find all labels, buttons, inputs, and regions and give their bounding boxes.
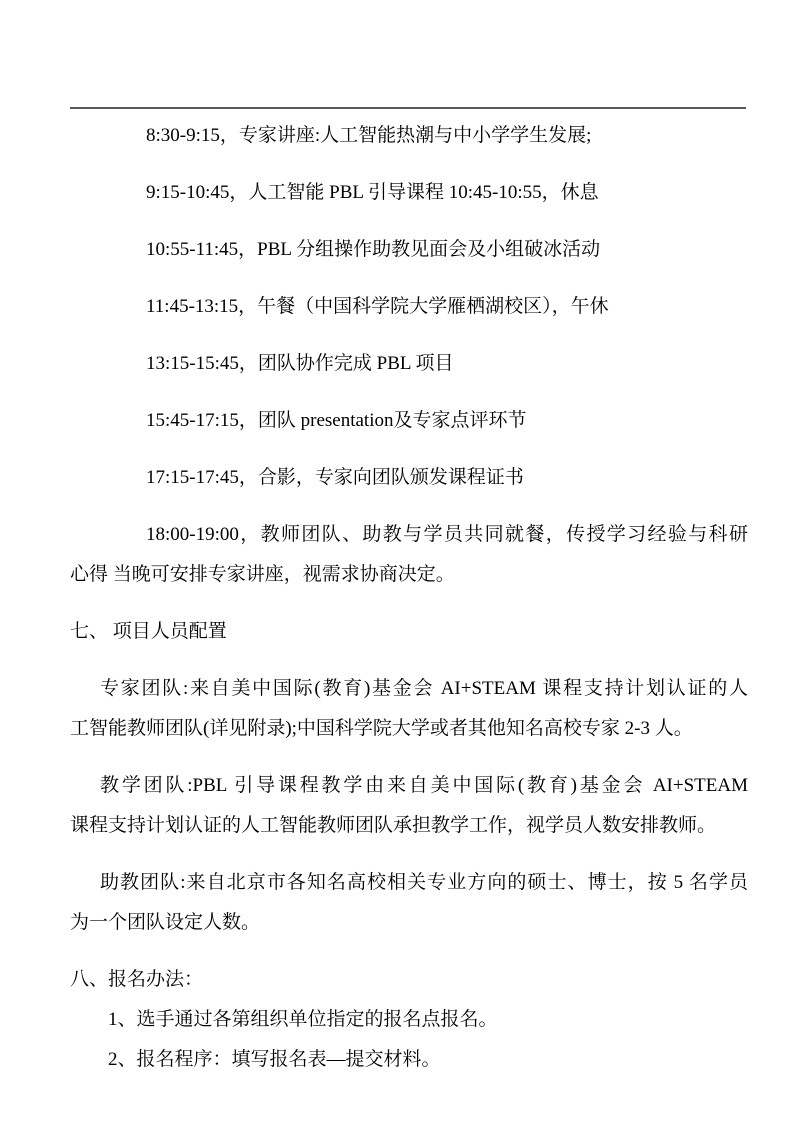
schedule-line: 9:15-10:45，人工智能 PBL 引导课程 10:45-10:55，休息 bbox=[70, 173, 748, 213]
enrollment-step-2: 2、报名程序：填写报名表—提交材料。 bbox=[70, 1040, 748, 1080]
enrollment-step-1: 1、选手通过各第组织单位指定的报名点报名。 bbox=[70, 1000, 748, 1040]
schedule-line: 11:45-13:15，午餐（中国科学院大学雁栖湖校区），午休 bbox=[70, 287, 748, 327]
schedule-line: 13:15-15:45，团队协作完成 PBL 项目 bbox=[70, 344, 748, 384]
section8-heading: 八、报名办法： bbox=[70, 960, 748, 1000]
top-border-rule bbox=[70, 107, 746, 109]
dinner-line-2: 心得 当晚可安排专家讲座，视需求协商决定。 bbox=[70, 555, 748, 595]
dinner-paragraph: 18:00-19:00，教师团队、助教与学员共同就餐，传授学习经验与科研 心得 … bbox=[70, 515, 748, 595]
schedule-line: 8:30-9:15，专家讲座:人工智能热潮与中小学学生发展; bbox=[70, 116, 748, 156]
teaching-team-line-2: 课程支持计划认证的人工智能教师团队承担教学工作，视学员人数安排教师。 bbox=[70, 806, 748, 846]
expert-team-paragraph: 专家团队:来自美中国际(教育)基金会 AI+STEAM 课程支持计划认证的人 工… bbox=[70, 669, 748, 749]
schedule-line: 10:55-11:45，PBL 分组操作助教见面会及小组破冰活动 bbox=[70, 230, 748, 270]
assistant-team-paragraph: 助教团队:来自北京市各知名高校相关专业方向的硕士、博士，按 5 名学员 为一个团… bbox=[70, 863, 748, 943]
document-content: 8:30-9:15，专家讲座:人工智能热潮与中小学学生发展; 9:15-10:4… bbox=[70, 116, 748, 1080]
expert-team-line-2: 工智能教师团队(详见附录);中国科学院大学或者其他知名高校专家 2-3 人。 bbox=[70, 709, 748, 749]
dinner-line-1: 18:00-19:00，教师团队、助教与学员共同就餐，传授学习经验与科研 bbox=[70, 515, 748, 555]
document-page: 8:30-9:15，专家讲座:人工智能热潮与中小学学生发展; 9:15-10:4… bbox=[0, 0, 794, 1123]
teaching-team-paragraph: 教学团队:PBL 引导课程教学由来自美中国际(教育)基金会 AI+STEAM 课… bbox=[70, 766, 748, 846]
schedule-line: 15:45-17:15，团队 presentation及专家点评环节 bbox=[70, 401, 748, 441]
schedule-line: 17:15-17:45，合影，专家向团队颁发课程证书 bbox=[70, 458, 748, 498]
expert-team-line-1: 专家团队:来自美中国际(教育)基金会 AI+STEAM 课程支持计划认证的人 bbox=[70, 669, 748, 709]
assistant-team-line-2: 为一个团队设定人数。 bbox=[70, 903, 748, 943]
teaching-team-line-1: 教学团队:PBL 引导课程教学由来自美中国际(教育)基金会 AI+STEAM bbox=[70, 766, 748, 806]
assistant-team-line-1: 助教团队:来自北京市各知名高校相关专业方向的硕士、博士，按 5 名学员 bbox=[70, 863, 748, 903]
section7-heading: 七、 项目人员配置 bbox=[70, 612, 748, 652]
